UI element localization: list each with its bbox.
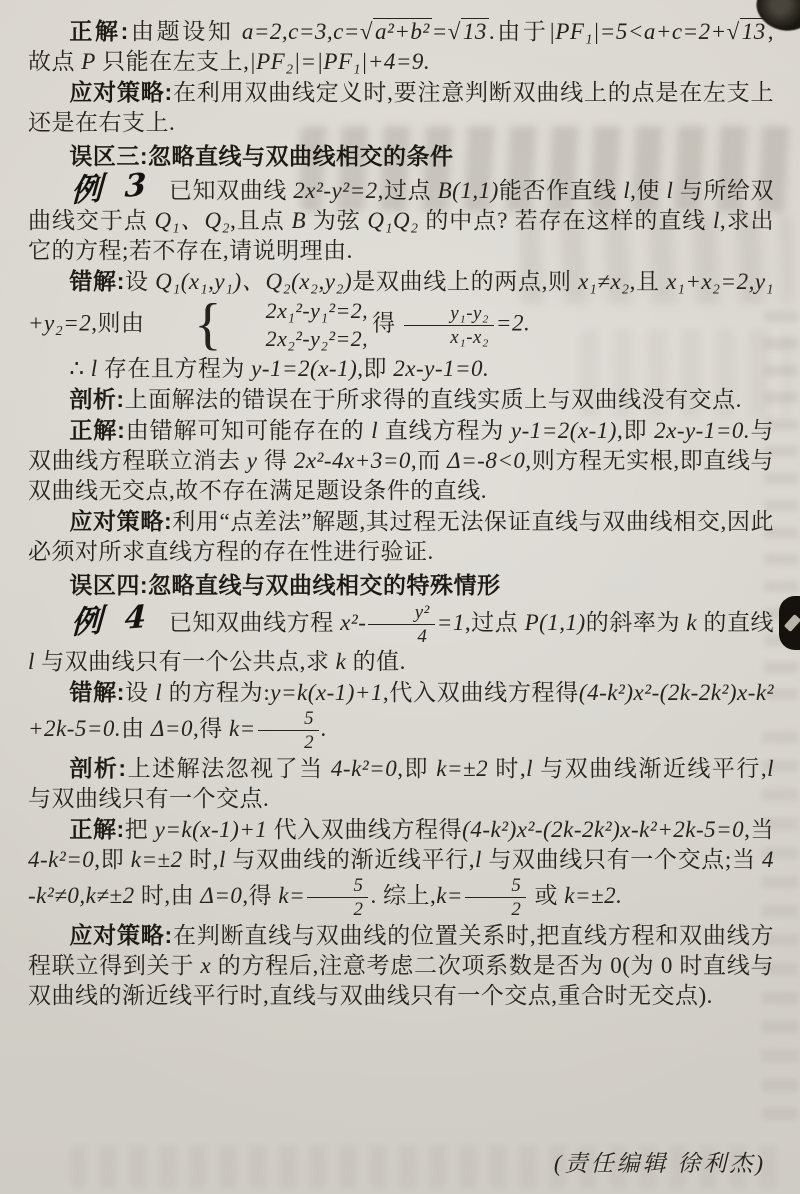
text-run: 只能在左支上,: [96, 49, 250, 74]
math-run: Q₁Q₂: [367, 208, 418, 233]
math-run: B(1,1): [438, 178, 499, 203]
text-run: ∴: [69, 356, 90, 381]
sqrt-expression: √a²+b²: [360, 18, 432, 44]
text-run: ,且: [630, 269, 667, 294]
example-4-correct-solution-label: 正解:: [69, 816, 124, 842]
math-run: y-1=2(x-1): [511, 418, 617, 443]
math-run: Q₁、Q₂: [155, 208, 231, 233]
text-run: 代入双曲线方程得: [267, 817, 462, 842]
fraction-numerator: 5: [465, 875, 526, 898]
scan-artifact-edge-tab: [779, 596, 800, 650]
fraction-denominator: 2: [258, 731, 319, 753]
example-4-strategy: 应对策略:在判断直线与双曲线的位置关系时,把直线方程和双曲线方程联立得到关于 x…: [28, 920, 774, 1011]
fraction-numerator: y²: [368, 602, 434, 625]
math-run: l: [526, 756, 533, 781]
example-3-strategy: 应对策略:利用“点差法”解题,其过程无法保证直线与双曲线相交,因此必须对所求直线…: [28, 506, 774, 567]
math-run: P: [81, 49, 96, 74]
text-run: ,即: [94, 847, 130, 872]
solution-2-strategy-label: 应对策略:: [69, 79, 172, 105]
math-run: Δ=0: [151, 716, 193, 741]
text-run: ,而: [411, 448, 447, 473]
text-run: 已知双曲线方程: [169, 610, 340, 635]
math-run: P(1,1): [525, 610, 586, 635]
example-4-strategy-label: 应对策略:: [69, 922, 172, 948]
radicand: 13: [740, 18, 768, 44]
radical-sign: √: [360, 19, 373, 44]
math-run: l: [475, 847, 482, 872]
math-run: y=k(x-1)+1: [155, 817, 268, 842]
math-run: l: [28, 649, 35, 674]
text-run: 或: [528, 883, 564, 908]
text-run: 的方程为:: [162, 680, 270, 705]
equation-row: 2x₂²-y₂²=2,: [224, 325, 368, 353]
fraction: 52: [258, 708, 319, 753]
math-run: 4-k²=0: [28, 847, 94, 872]
text-run: ,得: [193, 716, 229, 741]
example-4-analysis: 剖析:上述解法忽视了当 4-k²=0,即 k=±2 时,l 与双曲线渐近线平行,…: [28, 753, 774, 814]
sqrt-expression: √13: [448, 18, 489, 44]
text-run: 时,: [183, 847, 219, 872]
scanned-textbook-page: 正解:由题设知 a=2,c=3,c=√a²+b²=√13.由于|PF₁|=5<a…: [0, 0, 800, 1194]
example-4: 例 4已知双曲线方程 x²-y²4=1,过点 P(1,1)的斜率为 k 的直线 …: [28, 602, 774, 677]
math-run: a=2,c=3,c=: [242, 19, 360, 44]
fraction: y₁-y₂x₁-x₂: [404, 303, 494, 348]
math-run: k=: [278, 883, 305, 908]
text-run: . 综上,: [370, 883, 436, 908]
math-run: y=k(x-1)+1: [270, 680, 383, 705]
math-run: 2x²-4x+3=0: [294, 448, 411, 473]
math-run: x: [201, 953, 212, 978]
fraction-numerator: 5: [258, 708, 319, 731]
text-run: ,过点: [465, 610, 525, 635]
text-run: 上面解法的错误在于所求得的直线实质上与双曲线没有交点.: [125, 387, 742, 412]
equation-system: {2x₁²-y₁²=2,2x₂²-y₂²=2,: [153, 297, 368, 354]
example-4-label: 例 4: [71, 601, 153, 638]
sqrt-expression: √13: [727, 18, 768, 44]
example-3-correct-solution-label: 正解:: [69, 417, 125, 443]
math-run: 2x-y-1=0.: [654, 418, 750, 443]
text-run: 上述解法忽视了当: [127, 756, 331, 781]
equation-rows: 2x₁²-y₁²=2,2x₂²-y₂²=2,: [224, 297, 368, 354]
text-run: 已知双曲线: [169, 178, 294, 203]
math-run: .: [321, 716, 327, 741]
text-run: 误区三:忽略直线与双曲线相交的条件: [69, 143, 453, 169]
radicand: a²+b²: [373, 18, 432, 44]
text-run: 的值.: [346, 649, 406, 674]
math-run: B: [291, 208, 306, 233]
text-run: 得: [258, 448, 294, 473]
example-4-wrong-solution: 错解:设 l 的方程为:y=k(x-1)+1,代入双曲线方程得(4-k²)x²-…: [28, 677, 774, 753]
example-3-analysis: 剖析:上面解法的错误在于所求得的直线实质上与双曲线没有交点.: [28, 384, 774, 415]
text-run: 设: [125, 680, 155, 705]
math-run: x²-: [340, 610, 366, 635]
math-run: k=±2: [131, 847, 183, 872]
text-run: 设: [125, 269, 155, 294]
math-run: l: [767, 756, 774, 781]
radical-sign: √: [727, 19, 740, 44]
system-brace: {: [153, 301, 223, 350]
text-run: 的斜率为: [586, 610, 687, 635]
example-3-correct-solution: 正解:由错解可知可能存在的 l 直线方程为 y-1=2(x-1),即 2x-y-…: [28, 415, 774, 506]
example-3: 例 3已知双曲线 2x²-y²=2,过点 B(1,1)能否作直线 l,使 l 与…: [28, 173, 774, 266]
math-run: k=: [436, 883, 463, 908]
example-3-label: 例 3: [71, 169, 153, 206]
text-run: 的中点? 若存在这样的直线: [419, 208, 713, 233]
text-run: 误区四:忽略直线与双曲线相交的特殊情形: [69, 572, 500, 598]
example-4-correct-solution: 正解:把 y=k(x-1)+1 代入双曲线方程得(4-k²)x²-(2k-2k²…: [28, 814, 774, 920]
solution-2-correct: 正解:由题设知 a=2,c=3,c=√a²+b²=√13.由于|PF₁|=5<a…: [28, 16, 774, 77]
text-run: 的直线: [697, 610, 774, 635]
math-run: Δ=-8<0: [447, 448, 525, 473]
example-3-wrong-solution-label: 错解:: [69, 268, 124, 294]
text-run: ,且点: [230, 208, 291, 233]
text-run: ,过点: [378, 178, 438, 203]
text-run: ,即: [357, 356, 393, 381]
text-run: 是双曲线上的两点,则: [352, 269, 578, 294]
text-run: 把: [125, 817, 155, 842]
math-run: |PF₂|=|PF₁|+4=9.: [249, 49, 430, 74]
equation-row: 2x₁²-y₁²=2,: [224, 297, 368, 325]
solution-2-strategy: 应对策略:在利用双曲线定义时,要注意判断双曲线上的点是在左支上还是在右支上.: [28, 77, 774, 138]
example-3-conclusion: ∴ l 存在且方程为 y-1=2(x-1),即 2x-y-1=0.: [28, 354, 774, 384]
text-run: ,代入双曲线方程得: [383, 680, 579, 705]
text-run: 由题设知: [129, 19, 242, 44]
text-run: ,即: [617, 418, 654, 443]
fraction-denominator: x₁-x₂: [404, 326, 494, 348]
fraction: 52: [307, 875, 368, 920]
fraction-numerator: 5: [307, 875, 368, 898]
example-3-strategy-label: 应对策略:: [69, 508, 172, 534]
text-run: 存在且方程为: [98, 356, 252, 381]
text-run: 能否作直线: [499, 178, 624, 203]
text-run: ,即: [397, 756, 436, 781]
misconception-4-heading: 误区四:忽略直线与双曲线相交的特殊情形: [28, 570, 774, 600]
text-run: .由于: [489, 19, 549, 44]
math-run: l: [713, 208, 720, 233]
text-run: 为弦: [306, 208, 367, 233]
example-3-analysis-label: 剖析:: [69, 386, 124, 412]
fraction-denominator: 4: [368, 625, 434, 647]
math-run: l: [219, 847, 226, 872]
example-4-analysis-label: 剖析:: [69, 755, 126, 781]
text-run: 与双曲线只有一个交点;当: [482, 847, 762, 872]
math-run: x₁≠x₂: [578, 269, 630, 294]
solution-2-correct-label: 正解:: [69, 18, 128, 44]
math-run: Δ=0: [200, 883, 242, 908]
text-run: 与双曲线只有一个交点.: [28, 786, 269, 811]
math-run: Q₁(x₁,y₁)、Q₂(x₂,y₂): [155, 269, 352, 294]
radical-sign: √: [448, 19, 461, 44]
document-body: 正解:由题设知 a=2,c=3,c=√a²+b²=√13.由于|PF₁|=5<a…: [28, 16, 774, 1011]
text-run: 直线方程为: [378, 418, 511, 443]
editor-credit: (责任编辑 徐利杰): [554, 1145, 766, 1178]
math-run: y: [247, 448, 258, 473]
math-run: (4-k²)x²-(2k-2k²)x-k²+2k-5=0: [462, 817, 744, 842]
fraction-denominator: 2: [465, 898, 526, 920]
math-run: 2x²-y²=2: [293, 178, 377, 203]
radicand: 13: [461, 18, 489, 44]
text-run: 与双曲线只有一个公共点,求: [35, 649, 336, 674]
example-3-wrong-solution: 错解:设 Q₁(x₁,y₁)、Q₂(x₂,y₂)是双曲线上的两点,则 x₁≠x₂…: [28, 266, 774, 354]
math-run: k: [686, 610, 697, 635]
text-run: 时,由: [135, 883, 201, 908]
example-4-wrong-solution-label: 错解:: [69, 679, 125, 705]
math-run: =2.: [496, 311, 530, 336]
text-run: 与双曲线渐近线平行,: [533, 756, 767, 781]
math-run: =1: [437, 610, 465, 635]
text-run: 由错解可知可能存在的: [125, 418, 371, 443]
fraction-numerator: y₁-y₂: [404, 303, 494, 326]
text-run: ,使: [630, 178, 666, 203]
math-run: 2x-y-1=0.: [393, 356, 489, 381]
text-run: ,当: [744, 817, 774, 842]
math-run: y-1=2(x-1): [251, 356, 357, 381]
math-run: k: [336, 649, 347, 674]
math-run: |PF₁|=5<a+c=2+: [549, 19, 727, 44]
fraction: y²4: [368, 602, 434, 647]
fraction: 52: [465, 875, 526, 920]
text-run: 与双曲线的渐近线平行,: [226, 847, 475, 872]
text-run: 时,: [488, 756, 526, 781]
math-run: 4-k²=0: [331, 756, 397, 781]
math-run: l: [91, 356, 98, 381]
text-run: ,则由: [91, 311, 151, 336]
text-run: ,得: [242, 883, 278, 908]
scan-artifact-tab-highlight: [783, 614, 800, 632]
text-run: 由: [121, 716, 151, 741]
math-run: k=: [229, 716, 256, 741]
fraction-denominator: 2: [307, 898, 368, 920]
math-run: k=±2: [436, 756, 488, 781]
text-run: 得: [372, 311, 402, 336]
math-run: k=±2.: [564, 883, 622, 908]
math-run: =: [432, 19, 448, 44]
